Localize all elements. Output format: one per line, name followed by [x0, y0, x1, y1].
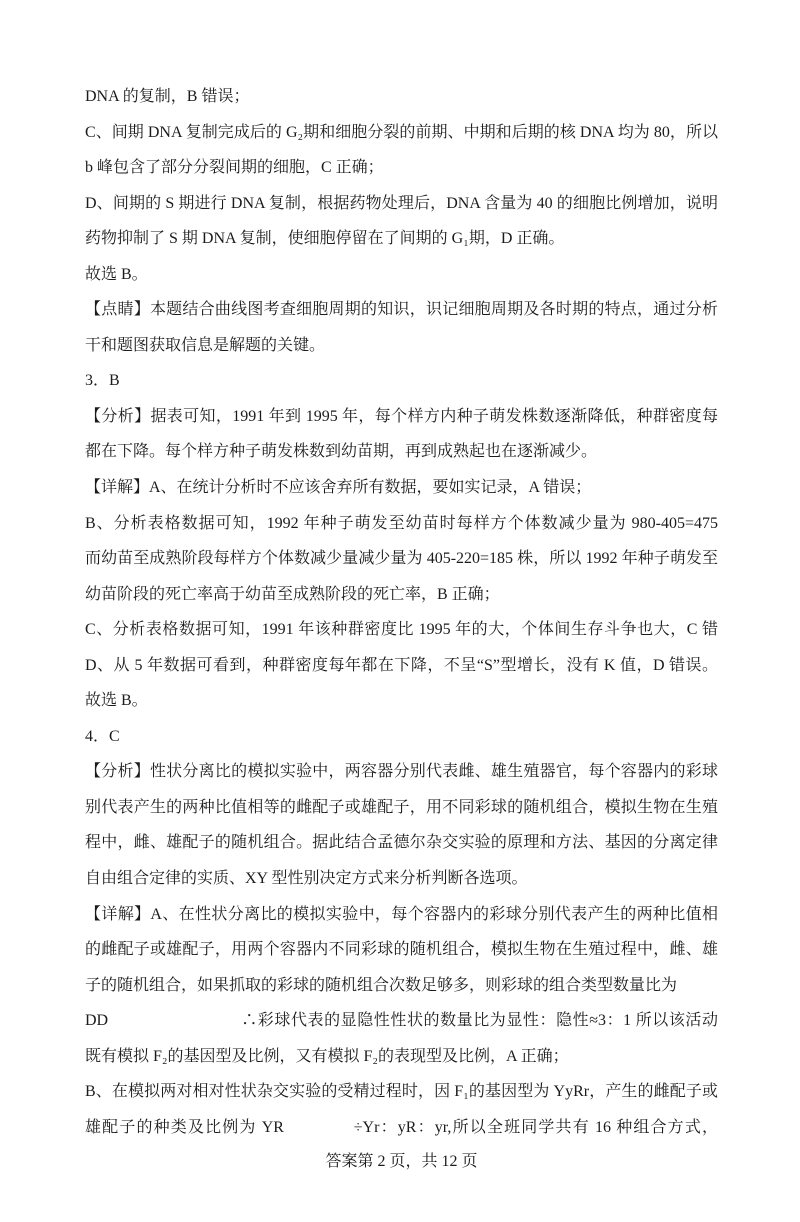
answer-text-block: DNA 的复制，B 错误；C、间期 DNA 复制完成后的 G₂期和细胞分裂的前期… [85, 79, 718, 1145]
text-line: 故选 B。 [85, 257, 718, 293]
text-line: 药物抑制了 S 期 DNA 复制，使细胞停留在了间期的 G₁期，D 正确。 [85, 221, 718, 257]
text-line: 【点睛】本题结合曲线图考查细胞周期的知识，识记细胞周期及各时期的特点，通过分析题 [85, 292, 718, 328]
text-line: 自由组合定律的实质、XY 型性别决定方式来分析判断各选项。 [85, 861, 718, 897]
text-line: 干和题图获取信息是解题的关键。 [85, 328, 718, 364]
text-line: 【分析】性状分离比的模拟实验中，两容器分别代表雌、雄生殖器官，每个容器内的彩球分 [85, 754, 718, 790]
text-line: b 峰包含了部分分裂间期的细胞，C 正确； [85, 150, 718, 186]
text-line: C、间期 DNA 复制完成后的 G₂期和细胞分裂的前期、中期和后期的核 DNA … [85, 115, 718, 151]
text-line: 既有模拟 F₂的基因型及比例，又有模拟 F₂的表现型及比例，A 正确； [85, 1039, 718, 1075]
text-line: 都在下降。每个样方种子萌发株数到幼苗期，再到成熟起也在逐渐减少。 [85, 434, 718, 470]
text-line: 【分析】据表可知，1991 年到 1995 年，每个样方内种子萌发株数逐渐降低，… [85, 399, 718, 435]
page-footer: 答案第 2 页，共 12 页 [85, 1147, 718, 1177]
text-line: DNA 的复制，B 错误； [85, 79, 718, 115]
text-line: 【详解】A、在性状分离比的模拟实验中，每个容器内的彩球分别代表产生的两种比值相等 [85, 897, 718, 933]
text-line: 3．B [85, 363, 718, 399]
text-line: 雄配子的种类及比例为 YR ÷Yr：yR：yr,所以全班同学共有 16 种组合方… [85, 1110, 718, 1146]
text-line: 的雌配子或雄配子，用两个容器内不同彩球的随机组合，模拟生物在生殖过程中，雌、雄配 [85, 932, 718, 968]
page-number-text: 答案第 2 页，共 12 页 [325, 1153, 477, 1170]
text-line: 4．C [85, 719, 718, 755]
text-line: 别代表产生的两种比值相等的雌配子或雄配子，用不同彩球的随机组合，模拟生物在生殖过 [85, 790, 718, 826]
text-line: B、在模拟两对相对性状杂交实验的受精过程时，因 F₁的基因型为 YyRr，产生的… [85, 1074, 718, 1110]
text-line: 子的随机组合，如果抓取的彩球的随机组合次数足够多，则彩球的组合类型数量比为 [85, 968, 718, 1004]
text-line: 程中，雌、雄配子的随机组合。据此结合孟德尔杂交实验的原理和方法、基因的分离定律和 [85, 825, 718, 861]
document-page: DNA 的复制，B 错误；C、间期 DNA 复制完成后的 G₂期和细胞分裂的前期… [0, 0, 800, 1222]
text-line: D、间期的 S 期进行 DNA 复制，根据药物处理后，DNA 含量为 40 的细… [85, 186, 718, 222]
text-line: B、分析表格数据可知，1992 年种子萌发至幼苗时每样方个体数减少量为 980-… [85, 506, 718, 542]
text-line: 【详解】A、在统计分析时不应该舍弃所有数据，要如实记录，A 错误； [85, 470, 718, 506]
text-line: 故选 B。 [85, 683, 718, 719]
text-line: C、分析表格数据可知，1991 年该种群密度比 1995 年的大，个体间生存斗争… [85, 612, 718, 648]
text-line: DD ∴彩球代表的显隐性性状的数量比为显性：隐性≈3：1 所以该活动 [85, 1003, 718, 1039]
text-line: 幼苗阶段的死亡率高于幼苗至成熟阶段的死亡率，B 正确； [85, 577, 718, 613]
text-line: D、从 5 年数据可看到，种群密度每年都在下降，不呈“S”型增长，没有 K 值，… [85, 648, 718, 684]
text-line: 而幼苗至成熟阶段每样方个体数减少量减少量为 405-220=185 株，所以 1… [85, 541, 718, 577]
